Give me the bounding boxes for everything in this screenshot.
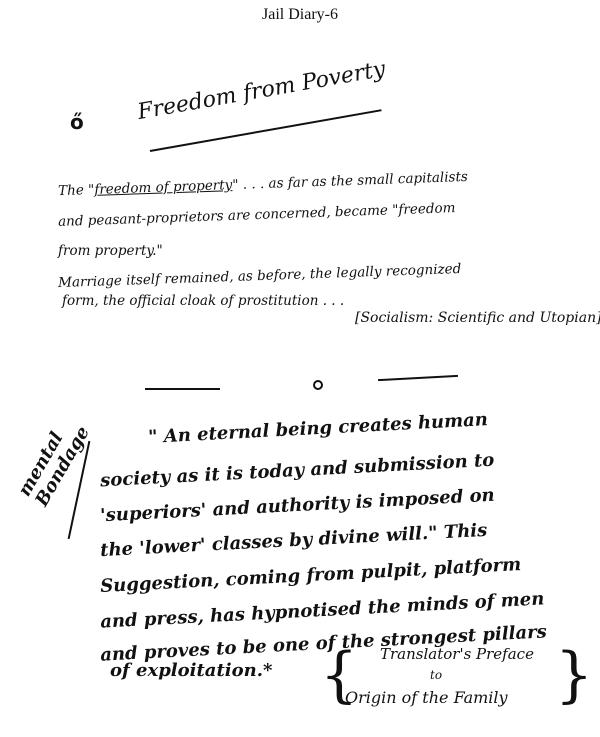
- citation-line-2: to: [430, 668, 442, 682]
- margin-mark: ő: [70, 110, 84, 134]
- margin-note: mental Bondage: [15, 413, 94, 510]
- divider-right: [378, 375, 458, 381]
- citation-line-3: Origin of the Family: [345, 688, 508, 707]
- right-brace: }: [555, 640, 593, 710]
- line-prefix: The ": [58, 182, 95, 199]
- quote-line-1: " An eternal being creates human: [148, 409, 489, 448]
- note-line-1: The "freedom of property" . . . as far a…: [58, 169, 468, 199]
- note-line-5: form, the official cloak of prostitution…: [62, 293, 344, 309]
- quote-line-4: the 'lower' classes by divine will." Thi…: [100, 520, 488, 561]
- underlined-phrase: freedom of property: [94, 177, 233, 198]
- divider-left: [145, 388, 220, 390]
- note-line-2: and peasant-proprietors are concerned, b…: [58, 200, 456, 230]
- quote-line-5: Suggestion, coming from pulpit, platform: [100, 554, 522, 597]
- note-line-4: Marriage itself remained, as before, the…: [58, 261, 462, 291]
- quote-line-8: of exploitation.*: [110, 660, 272, 681]
- quote-line-2: society as it is today and submission to: [100, 450, 495, 492]
- quote-line-3: 'superiors' and authority is imposed on: [100, 485, 495, 527]
- citation-socialism: [Socialism: Scientific and Utopian]: [355, 310, 600, 326]
- citation-line-1: Translator's Preface: [380, 645, 534, 663]
- divider-circle: [313, 380, 323, 390]
- note-line-3: from property.": [58, 243, 163, 259]
- line-suffix: " . . . as far as the small capitalists: [232, 169, 468, 193]
- page-title: Jail Diary-6: [0, 6, 600, 24]
